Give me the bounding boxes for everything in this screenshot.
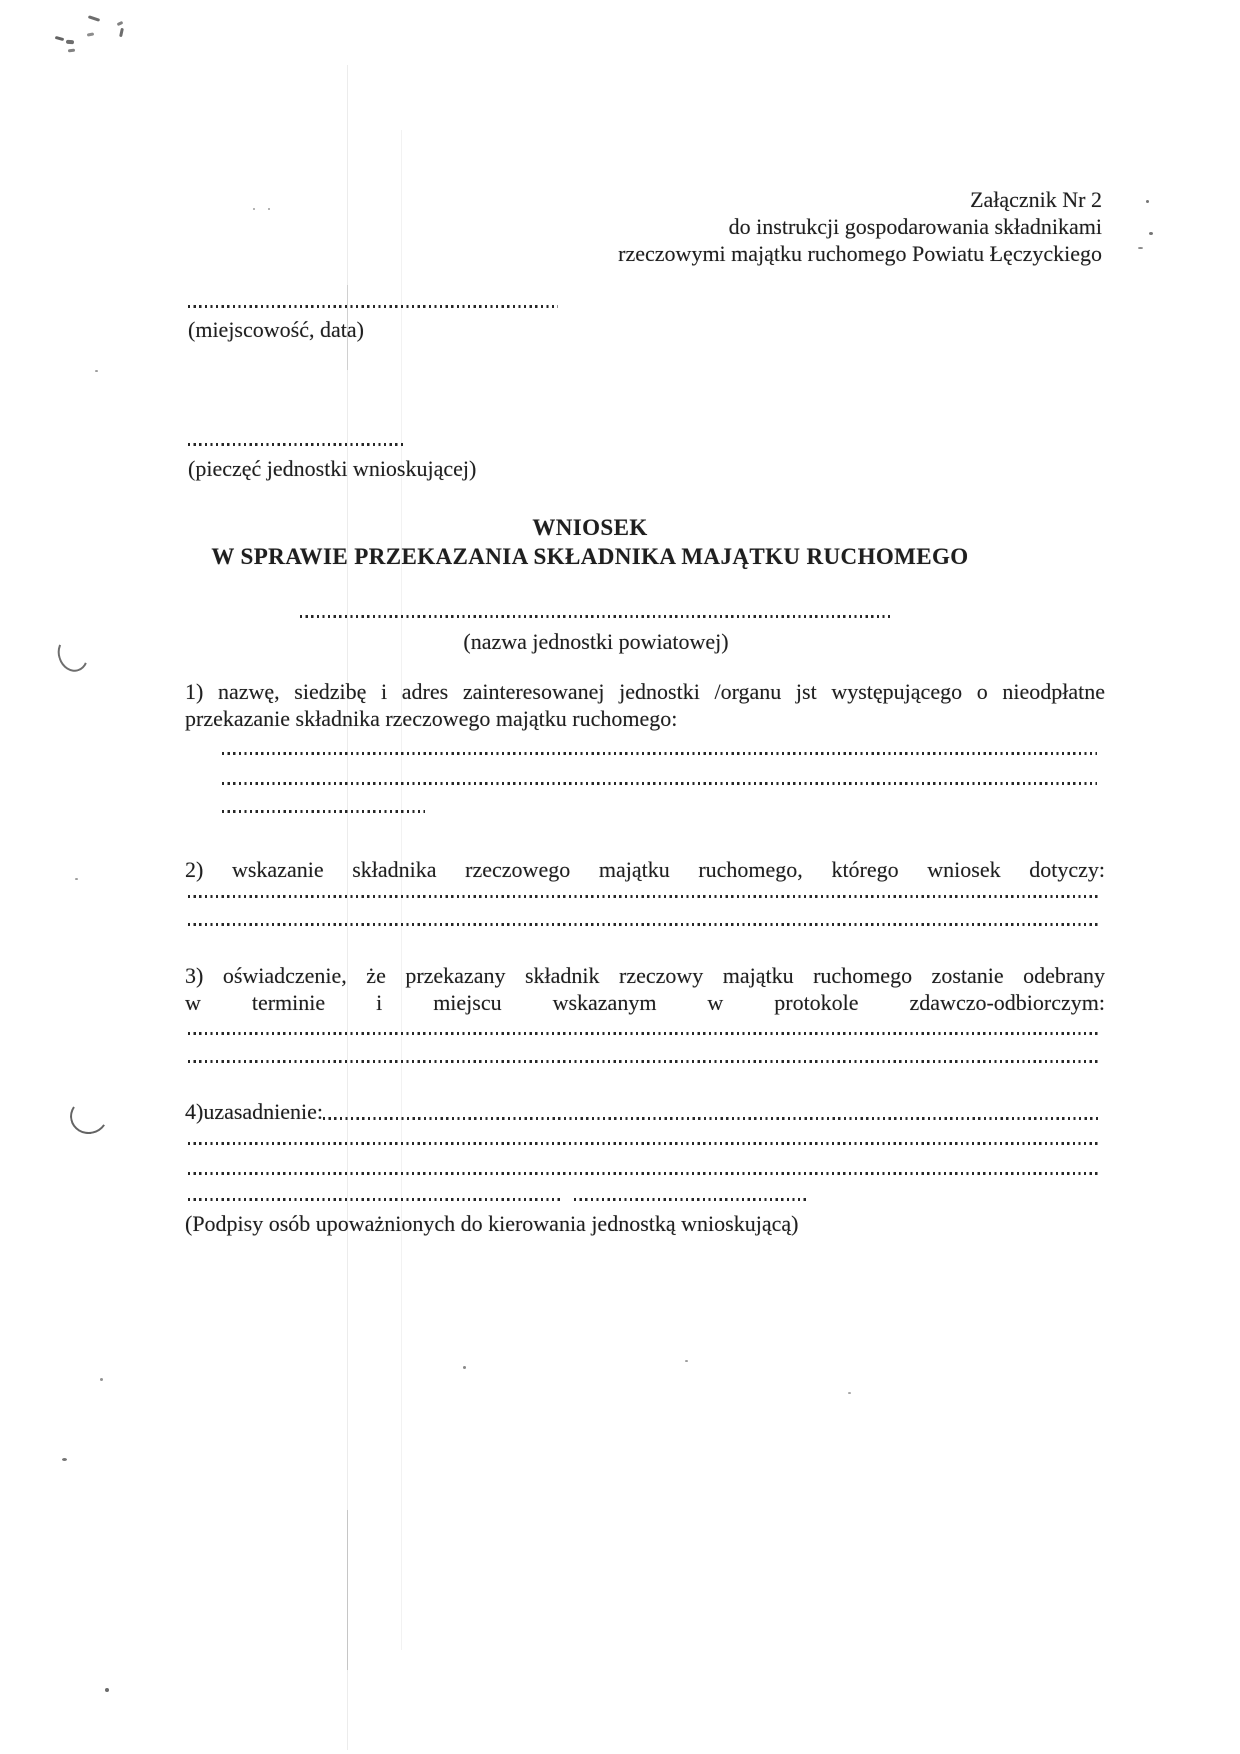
attachment-instruction-line: do instrukcji gospodarowania składnikami (618, 213, 1102, 240)
scan-speck (253, 208, 255, 210)
scan-speck (1146, 200, 1149, 203)
scan-smudge (119, 28, 124, 37)
item-4-fill-line (188, 1172, 1100, 1175)
scan-speck (1138, 247, 1143, 249)
item-2-fill-line (188, 923, 1098, 926)
scan-fold-line-2 (401, 130, 402, 1650)
item-3-text-line1: 3) oświadczenie, że przekazany składnik … (185, 962, 1105, 989)
item-1-fill-line (222, 782, 1097, 785)
item-3: 3) oświadczenie, że przekazany składnik … (185, 962, 1105, 1016)
scan-speck (95, 370, 98, 372)
scan-speck (463, 1366, 466, 1369)
attachment-header: Załącznik Nr 2 do instrukcji gospodarowa… (618, 186, 1102, 267)
handwritten-arc-mark (53, 632, 93, 676)
item-4-fill-line (188, 1142, 1100, 1145)
scan-smudge (117, 21, 124, 26)
scan-speck (1149, 232, 1153, 235)
scan-speck (62, 1458, 67, 1461)
stamp-caption: (pieczęć jednostki wnioskującej) (188, 455, 476, 482)
scan-smudge (55, 36, 64, 41)
signatures-fill-line-left (188, 1198, 560, 1201)
scan-speck (100, 1378, 103, 1381)
scanned-form-page: Załącznik Nr 2 do instrukcji gospodarowa… (0, 0, 1240, 1754)
signatures-caption: (Podpisy osób upoważnionych do kierowani… (185, 1210, 798, 1237)
item-3-text-line2: w terminie i miejscu wskazanym w protoko… (185, 989, 1105, 1016)
item-1-fill-line (222, 752, 1097, 755)
scan-speck (848, 1392, 851, 1394)
scan-speck (105, 1688, 109, 1692)
scan-smudge (88, 15, 100, 22)
scan-smudge (87, 32, 94, 36)
scan-smudge (66, 40, 74, 45)
item-2-text: 2) wskazanie składnika rzeczowego majątk… (185, 856, 1105, 883)
item-1-fill-line (222, 810, 425, 813)
stamp-fill-line (188, 443, 406, 446)
item-4-label: 4)uzasadnienie: (185, 1098, 323, 1125)
signatures-fill-line-right (574, 1198, 806, 1201)
attachment-number: Załącznik Nr 2 (618, 186, 1102, 213)
unit-name-caption: (nazwa jednostki powiatowej) (300, 628, 892, 655)
item-4-fill-line (323, 1117, 1100, 1120)
scan-speck (685, 1360, 688, 1362)
item-4: 4)uzasadnienie: (185, 1098, 1100, 1125)
item-1-text-line1: 1) nazwę, siedzibę i adres zainteresowan… (185, 678, 1105, 705)
form-title-line2: W SPRAWIE PRZEKAZANIA SKŁADNIKA MAJĄTKU … (60, 543, 1120, 570)
unit-name-fill-line (300, 615, 892, 618)
item-3-fill-line (188, 1032, 1098, 1035)
scan-speck (268, 208, 270, 210)
attachment-owner-line: rzeczowymi majątku ruchomego Powiatu Łęc… (618, 240, 1102, 267)
place-date-fill-line (188, 305, 558, 308)
item-1: 1) nazwę, siedzibę i adres zainteresowan… (185, 678, 1105, 732)
scan-smudge (68, 49, 75, 53)
place-date-caption: (miejscowość, data) (188, 316, 364, 343)
item-2-fill-line (188, 895, 1098, 898)
scan-speck (75, 878, 78, 880)
item-3-fill-line (188, 1060, 1098, 1063)
form-title-line1: WNIOSEK (60, 514, 1120, 541)
item-1-text-line2: przekazanie składnika rzeczowego majątku… (185, 705, 1105, 732)
handwritten-arc-mark (67, 1094, 112, 1137)
scan-fold-line-dark-segment (347, 1510, 348, 1670)
